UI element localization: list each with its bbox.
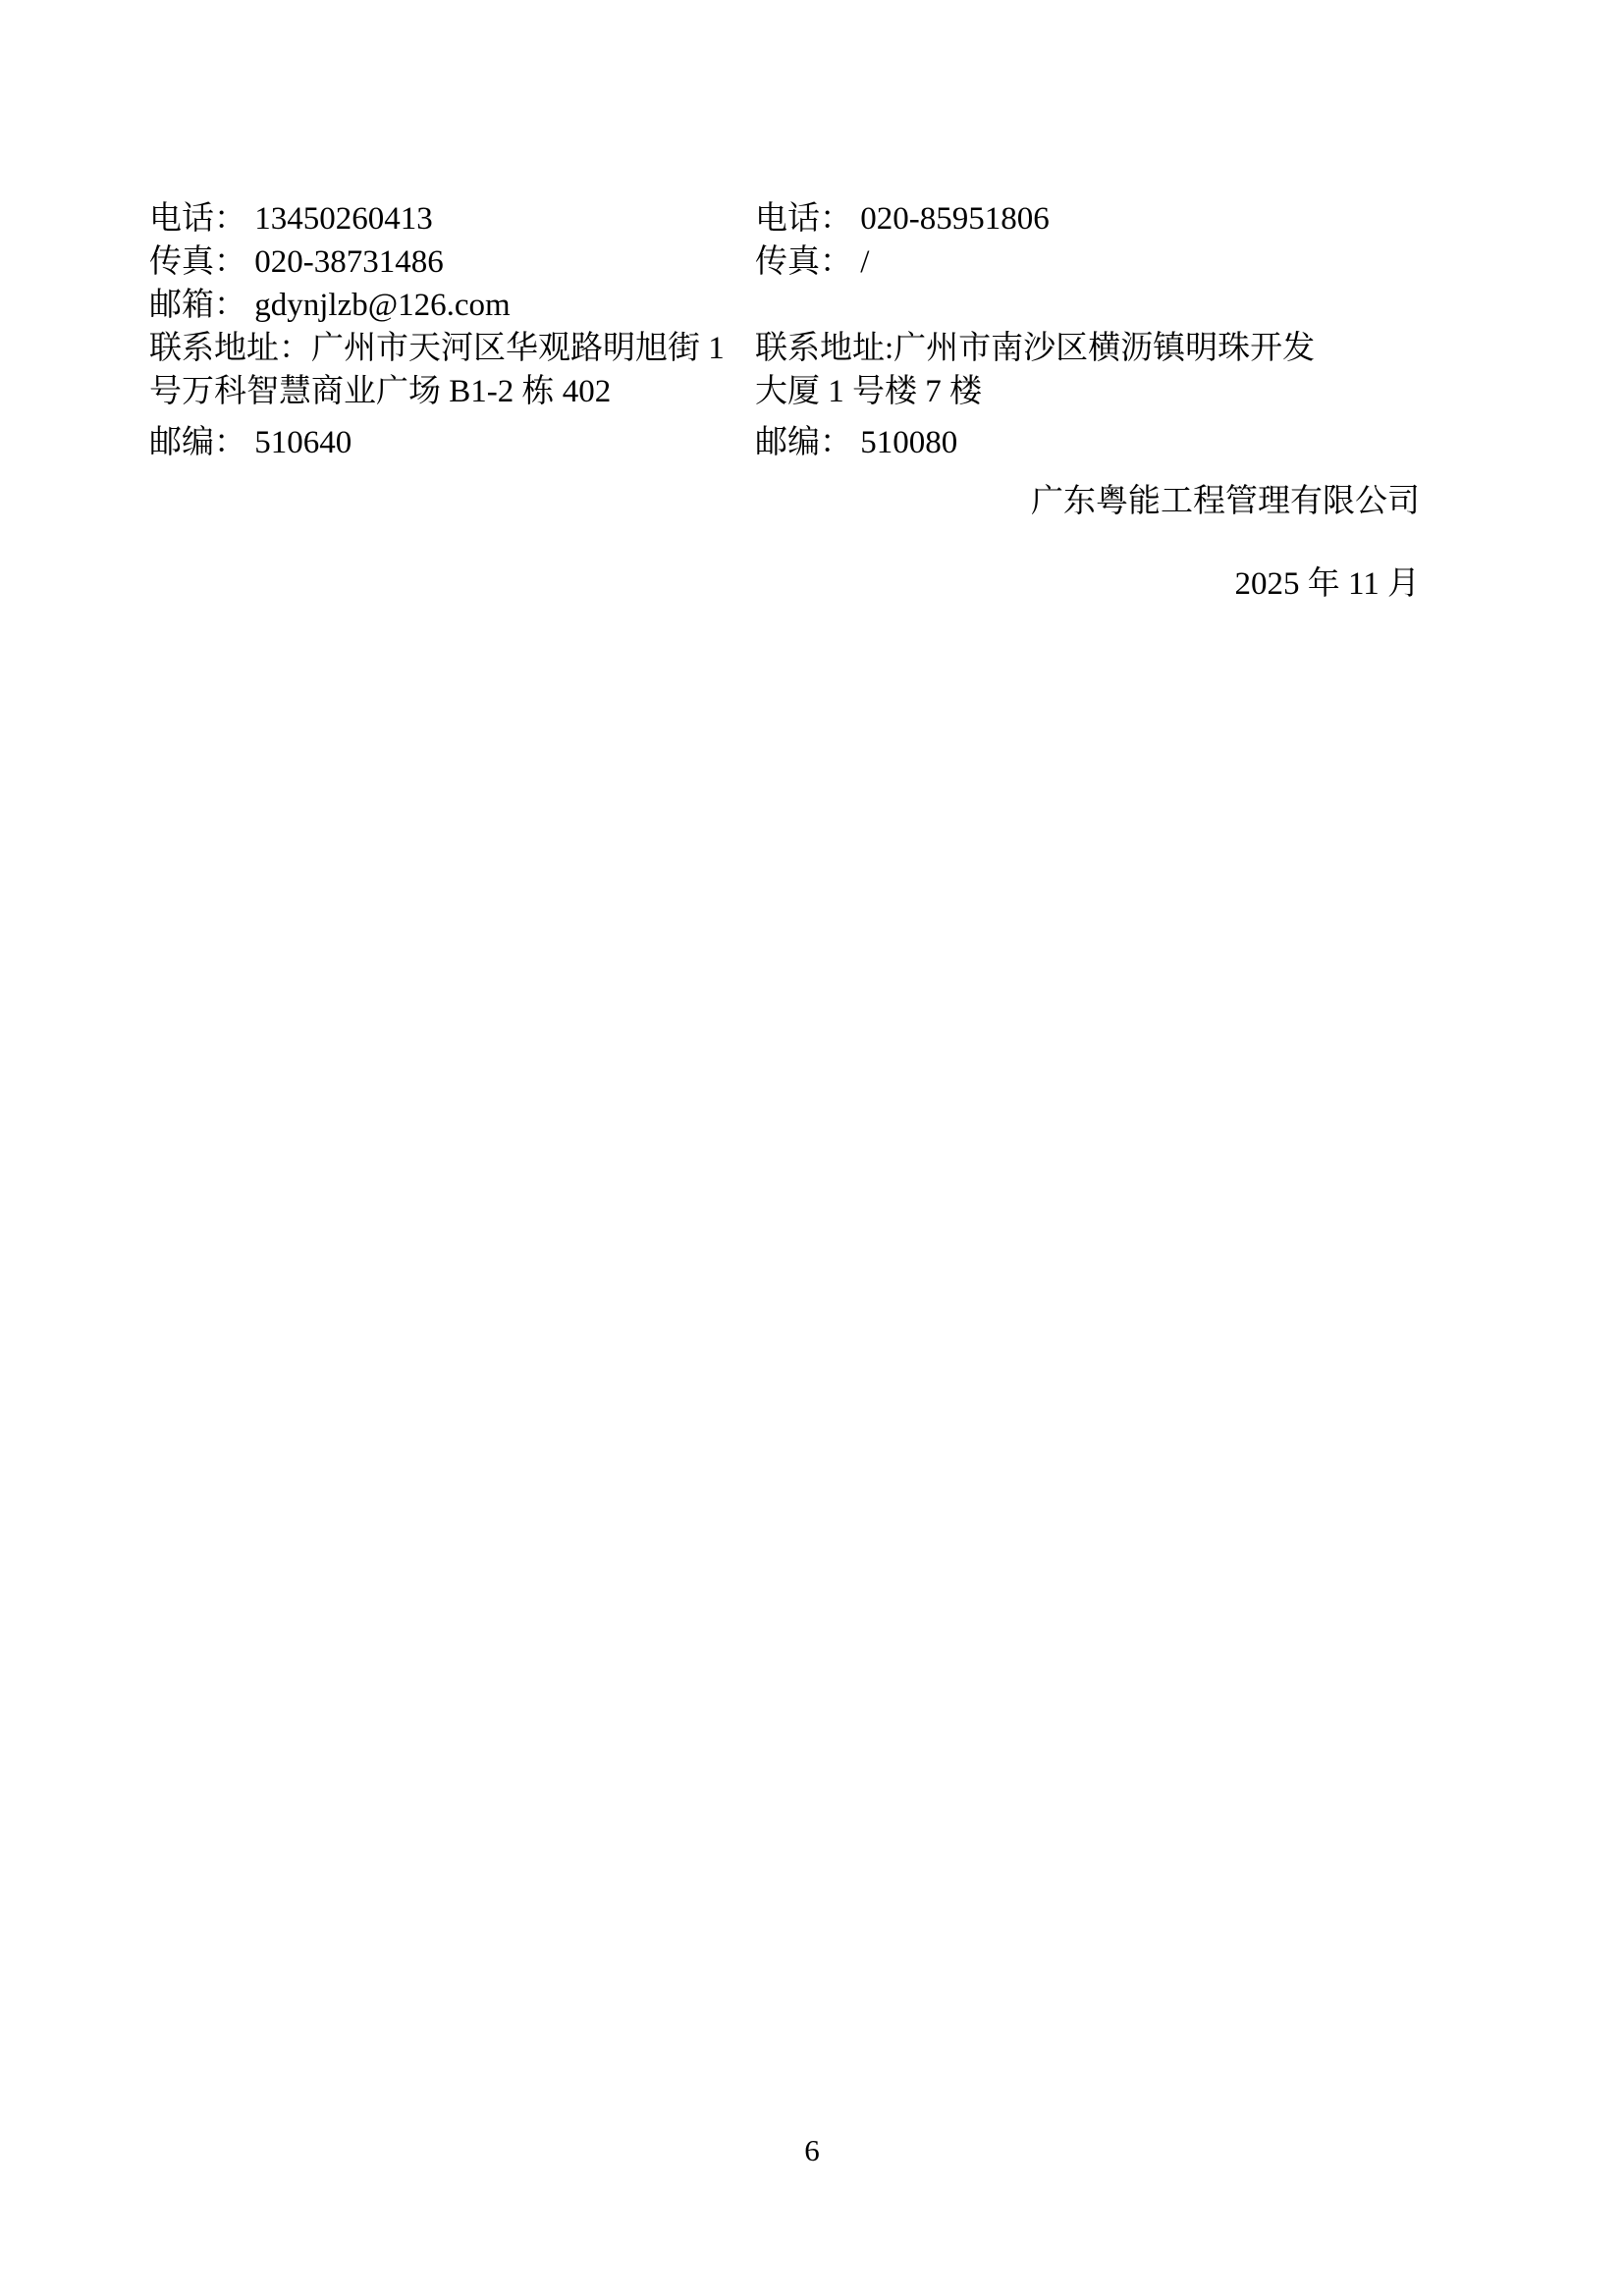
page-number: 6 bbox=[0, 2132, 1624, 2169]
contact-left-address-line-2: 号万科智慧商业广场 B1-2 栋 402 bbox=[149, 370, 750, 413]
contact-right-postcode-line: 邮编： 510080 bbox=[755, 421, 1442, 464]
company-name: 广东粤能工程管理有限公司 bbox=[1031, 480, 1420, 523]
contact-left-postcode-line: 邮编： 510640 bbox=[149, 421, 750, 464]
contact-right-address-line-2: 大厦 1 号楼 7 楼 bbox=[755, 370, 1442, 413]
contact-left-email-line: 邮箱： gdynjlzb@126.com bbox=[149, 284, 750, 327]
contact-left-fax-line: 传真： 020-38731486 bbox=[149, 240, 750, 284]
contact-right-address-line-1: 联系地址:广州市南沙区横沥镇明珠开发 bbox=[755, 327, 1442, 370]
signature-date: 2025 年 11 月 bbox=[1031, 562, 1420, 606]
signature-block: 广东粤能工程管理有限公司 2025 年 11 月 bbox=[1031, 480, 1420, 606]
contact-left-address-line-1: 联系地址：广州市天河区华观路明旭街 1 bbox=[149, 327, 750, 370]
document-page: 电话： 13450260413 传真： 020-38731486 邮箱： gdy… bbox=[0, 0, 1624, 2296]
contact-right-fax-line: 传真： / bbox=[755, 240, 1442, 284]
contact-right-phone-line: 电话： 020-85951806 bbox=[755, 197, 1442, 240]
contact-block-right: 电话： 020-85951806 传真： / 联系地址:广州市南沙区横沥镇明珠开… bbox=[755, 197, 1442, 464]
contact-left-phone-line: 电话： 13450260413 bbox=[149, 197, 750, 240]
empty-line bbox=[755, 284, 1442, 327]
contact-block-left: 电话： 13450260413 传真： 020-38731486 邮箱： gdy… bbox=[149, 197, 750, 464]
